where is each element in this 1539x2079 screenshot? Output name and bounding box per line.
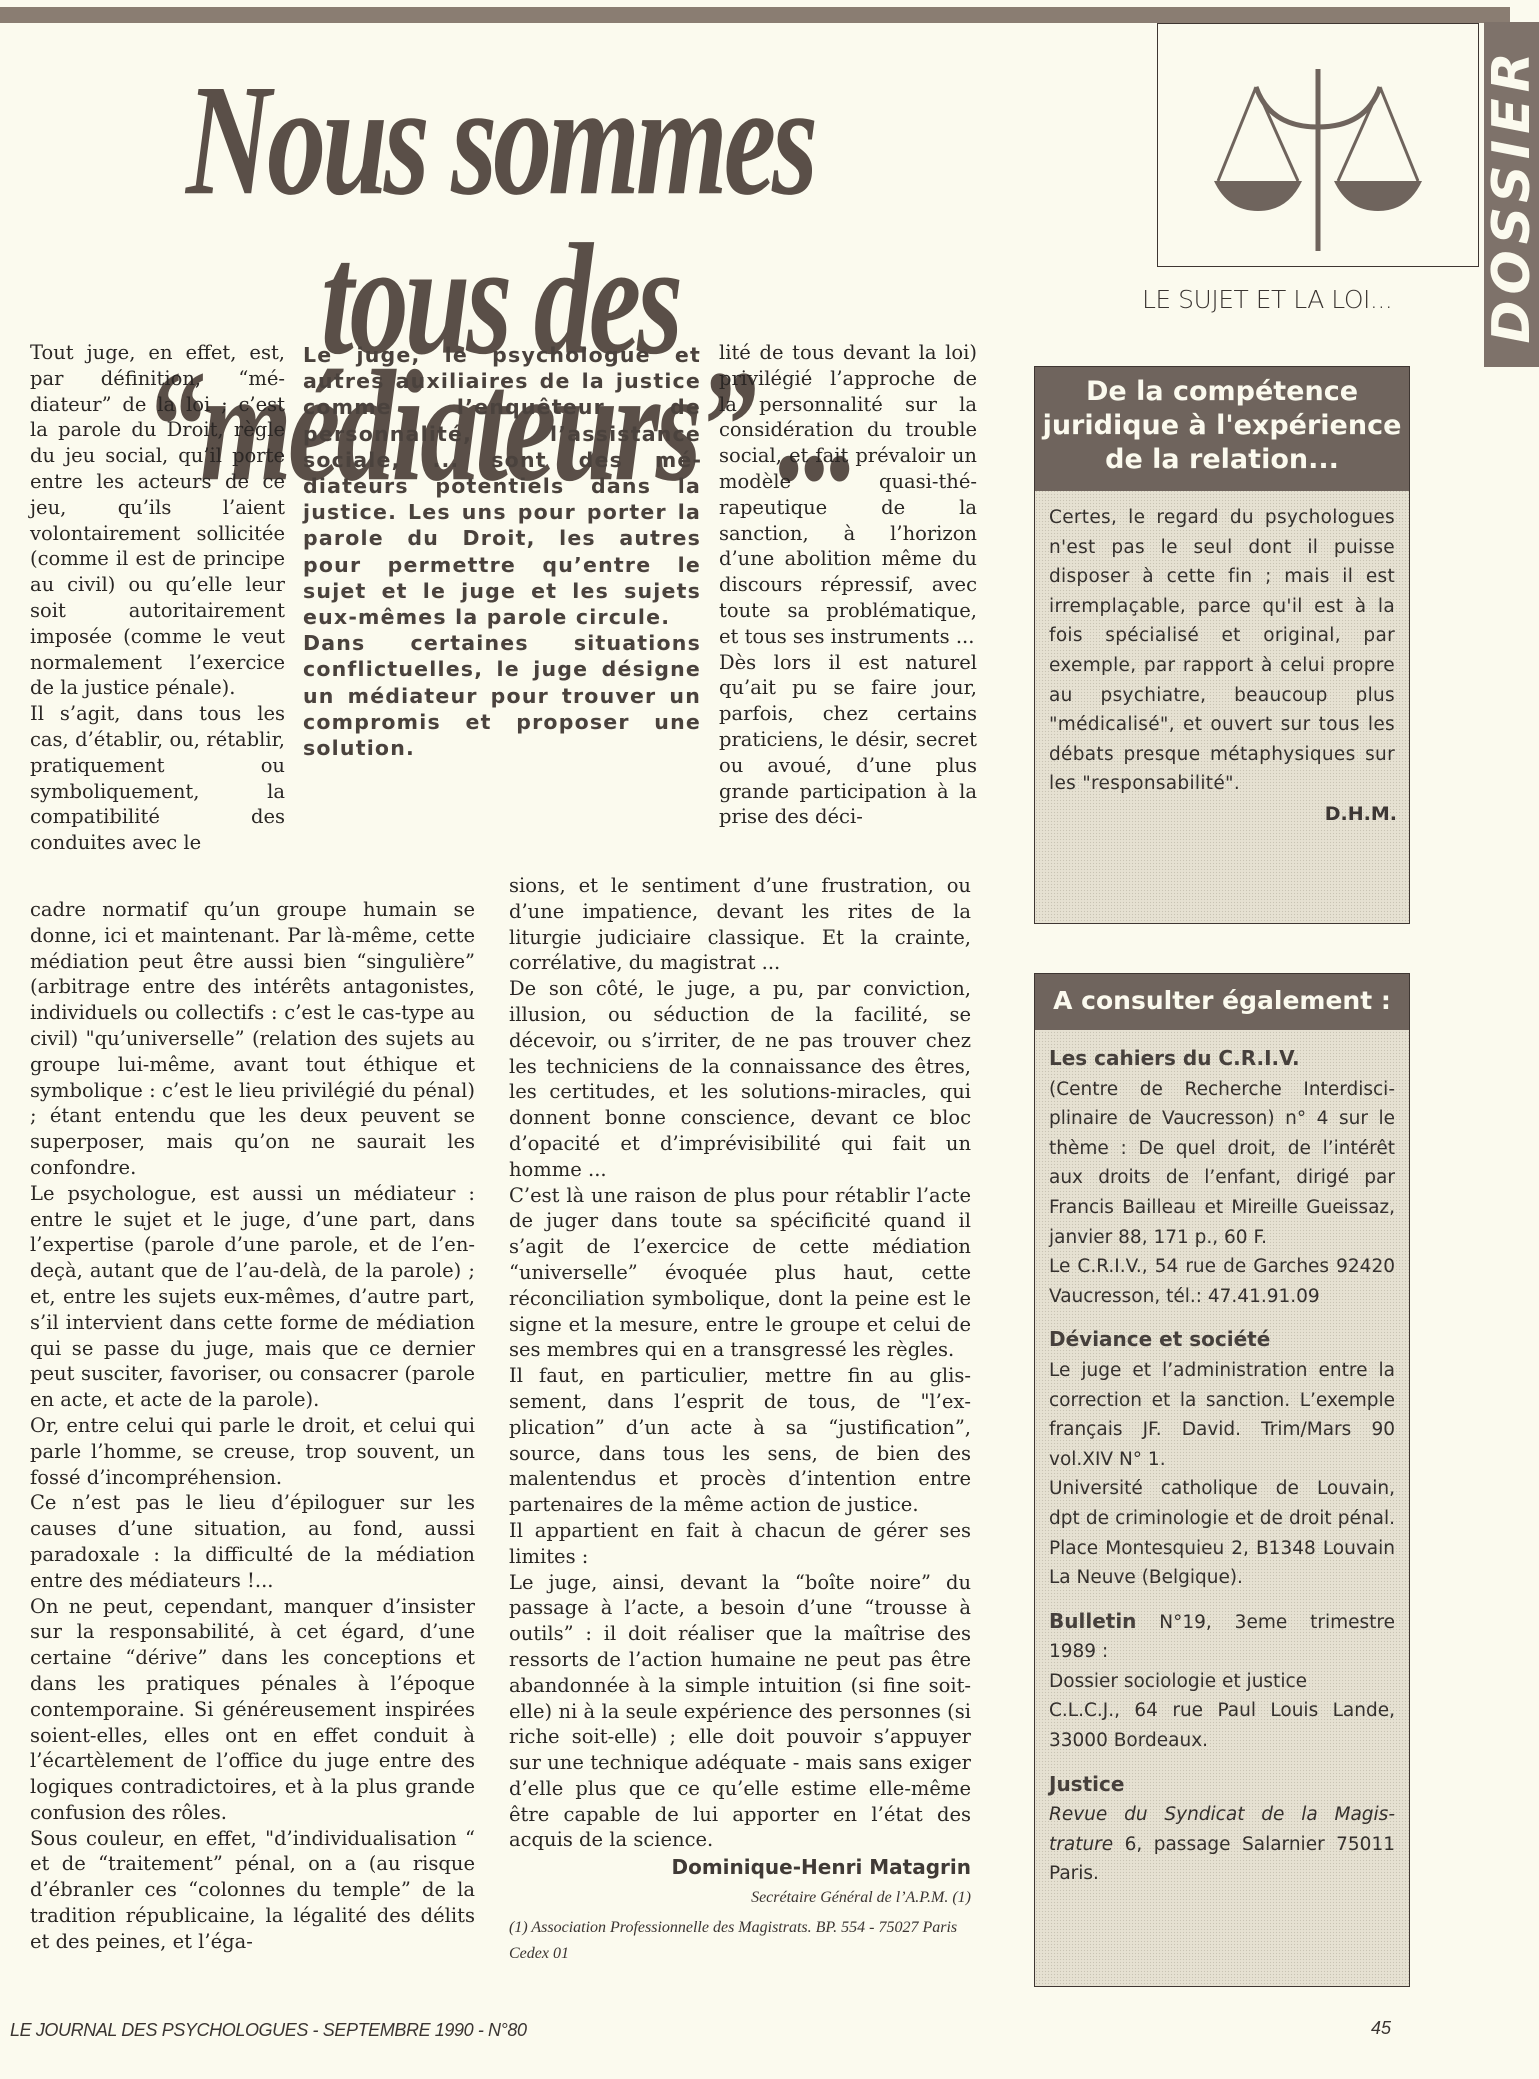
reading-entry: Les cahiers du C.R.I.V. (Centre de Reche… <box>1049 1044 1395 1311</box>
article-lead-standfirst: Le juge, le psychologue et autres auxili… <box>303 342 701 761</box>
dossier-section-tab: DOSSIER <box>1484 22 1539 367</box>
reading-entry-text: Le juge et l’administration entre la cor… <box>1049 1356 1395 1474</box>
dossier-logo-frame <box>1157 23 1479 267</box>
reading-entry-address: Le C.R.I.V., 54 rue de Garches 92420 Vau… <box>1049 1252 1395 1311</box>
dossier-tab-label: DOSSIER <box>1482 46 1539 343</box>
reading-entry-address: C.L.C.J., 64 rue Paul Louis Lan­de, 3300… <box>1049 1696 1395 1755</box>
paragraph: Il s’agit, dans tous les cas, d’établir,… <box>30 701 285 856</box>
dossier-subtitle: LE SUJET ET LA LOI... <box>1142 285 1392 314</box>
reading-entry: Déviance et société Le juge et l’adminis… <box>1049 1325 1395 1592</box>
article-column-2-lower: sions, et le sentiment d’une frustration… <box>509 873 971 1967</box>
paragraph: cadre normatif qu’un groupe humain se do… <box>30 897 475 1181</box>
sidebar-box-body: Certes, le regard du psycho­logues n'est… <box>1035 491 1409 799</box>
paragraph: Tout juge, en effet, est, par définition… <box>30 340 285 701</box>
page-number: 45 <box>1371 2018 1391 2039</box>
paragraph: sions, et le sentiment d’une frustration… <box>509 873 971 976</box>
top-rule-bar <box>0 7 1510 23</box>
sidebar-box-competence: De la compétence juridique à l'expérienc… <box>1034 366 1410 924</box>
paragraph: Le juge, ainsi, devant la “boîte noire” … <box>509 1570 971 1854</box>
footnote: (1) Association Professionnelle des Magi… <box>509 1915 971 1967</box>
publication-footer: LE JOURNAL DES PSYCHOLOGUES - SEPTEMBRE … <box>10 2020 527 2041</box>
reading-list: Les cahiers du C.R.I.V. (Centre de Reche… <box>1035 1030 1409 1889</box>
lead-paragraph: Le juge, le psychologue et autres auxili… <box>303 342 701 630</box>
paragraph: Dès lors il est naturel qu’ait pu se fai… <box>719 650 977 831</box>
paragraph: lité de tous devant la loi) privilégié l… <box>719 340 977 650</box>
article-column-1: Tout juge, en effet, est, par définition… <box>30 340 285 856</box>
author-role: Secrétaire Général de l’A.P.M. (1) <box>509 1885 971 1911</box>
paragraph: De son côté, le juge, a pu, par convic­t… <box>509 976 971 1182</box>
reading-entry-text: (Centre de Recherche Interdisci­plinaire… <box>1049 1075 1395 1253</box>
article-column-1-lower: cadre normatif qu’un groupe humain se do… <box>30 897 475 1955</box>
sidebar-box-further-reading: A consulter également : Les cahiers du C… <box>1034 973 1410 1987</box>
reading-entry-title: Déviance et société <box>1049 1327 1270 1351</box>
sidebar-box-heading: De la compétence juridique à l'expérienc… <box>1035 367 1409 491</box>
sidebar-box-signature: D.H.M. <box>1035 799 1409 825</box>
reading-entry-title: Les cahiers du C.R.I.V. <box>1049 1046 1300 1070</box>
title-line-1: Nous sommes tous des <box>130 61 870 380</box>
paragraph: Ce n’est pas le lieu d’épiloguer sur les… <box>30 1490 475 1593</box>
reading-entry-text: Dossier sociologie et justice <box>1049 1667 1395 1697</box>
reading-entry: Justice Revue du Syndicat de la Magis­tr… <box>1049 1770 1395 1889</box>
paragraph: On ne peut, cependant, manquer d’in­sist… <box>30 1594 475 1826</box>
paragraph: C’est là une raison de plus pour rétabli… <box>509 1183 971 1364</box>
paragraph: Or, entre celui qui parle le droit, et c… <box>30 1413 475 1490</box>
paragraph: Il faut, en particulier, mettre fin au g… <box>509 1363 971 1518</box>
scales-of-justice-icon <box>1208 69 1428 259</box>
reading-entry-address: Université catholique de Lou­vain, dpt d… <box>1049 1474 1395 1592</box>
paragraph: Le psychologue, est aussi un médiateur :… <box>30 1181 475 1413</box>
article-column-3: lité de tous devant la loi) privilégié l… <box>719 340 977 830</box>
reading-entry-title: Justice <box>1049 1772 1124 1796</box>
reading-entry-title: Bulletin <box>1049 1609 1136 1633</box>
author-signature: Dominique-Henri Matagrin <box>509 1855 971 1881</box>
paragraph: Sous couleur, en effet, "d’individualisa… <box>30 1826 475 1955</box>
paragraph: Il appartient en fait à chacun de gérer … <box>509 1518 971 1570</box>
reading-entry: Bulletin N°19, 3eme trimestre 1989 : Dos… <box>1049 1607 1395 1756</box>
sidebar-box-heading: A consulter également : <box>1035 974 1409 1030</box>
lead-paragraph: Dans certaines situations conflictuelles… <box>303 630 701 761</box>
